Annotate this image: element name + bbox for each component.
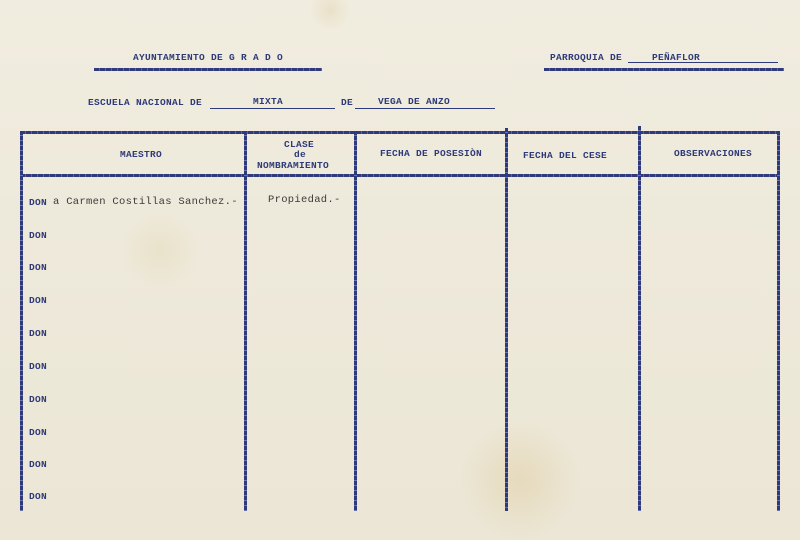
column-divider-3 (505, 128, 508, 511)
ayuntamiento-underline (94, 68, 322, 71)
row-prefix-10: DON (29, 491, 47, 502)
de-label: DE (341, 97, 353, 108)
escuela-tipo-line (210, 108, 335, 109)
table-top-border (20, 131, 778, 134)
ayuntamiento-label: AYUNTAMIENTO DE G R A D O (133, 52, 283, 63)
escuela-label: ESCUELA NACIONAL DE (88, 97, 202, 108)
column-divider-4 (638, 126, 641, 511)
column-divider-1 (244, 131, 247, 511)
column-header-maestro: MAESTRO (120, 149, 162, 160)
row-prefix-7: DON (29, 394, 47, 405)
parroquia-underline (544, 68, 784, 71)
parroquia-label: PARROQUIA DE (550, 52, 622, 63)
row-prefix-6: DON (29, 361, 47, 372)
table-left-border (20, 131, 23, 511)
table-right-border (777, 131, 780, 511)
escuela-tipo: MIXTA (253, 96, 283, 107)
row-prefix-3: DON (29, 262, 47, 273)
column-header-posesion: FECHA DE POSESIÒN (380, 148, 482, 159)
row-prefix-4: DON (29, 295, 47, 306)
column-header-clase-line3: NOMBRAMIENTO (257, 160, 329, 171)
column-header-observaciones: OBSERVACIONES (674, 148, 752, 159)
table-header-border (20, 174, 778, 177)
row-prefix-9: DON (29, 459, 47, 470)
row-prefix-8: DON (29, 427, 47, 438)
row-maestro-1: a Carmen Costillas Sanchez.- (53, 196, 238, 208)
column-header-clase-line2: de (294, 149, 306, 160)
column-header-cese: FECHA DEL CESE (523, 150, 607, 161)
row-prefix-1: DON (29, 197, 47, 208)
row-prefix-5: DON (29, 328, 47, 339)
escuela-lugar: VEGA DE ANZO (378, 96, 450, 107)
escuela-lugar-line (355, 108, 495, 109)
parroquia-fill-line (628, 62, 778, 63)
row-prefix-2: DON (29, 230, 47, 241)
column-divider-2 (354, 131, 357, 511)
row-clase-1: Propiedad.- (268, 194, 341, 206)
